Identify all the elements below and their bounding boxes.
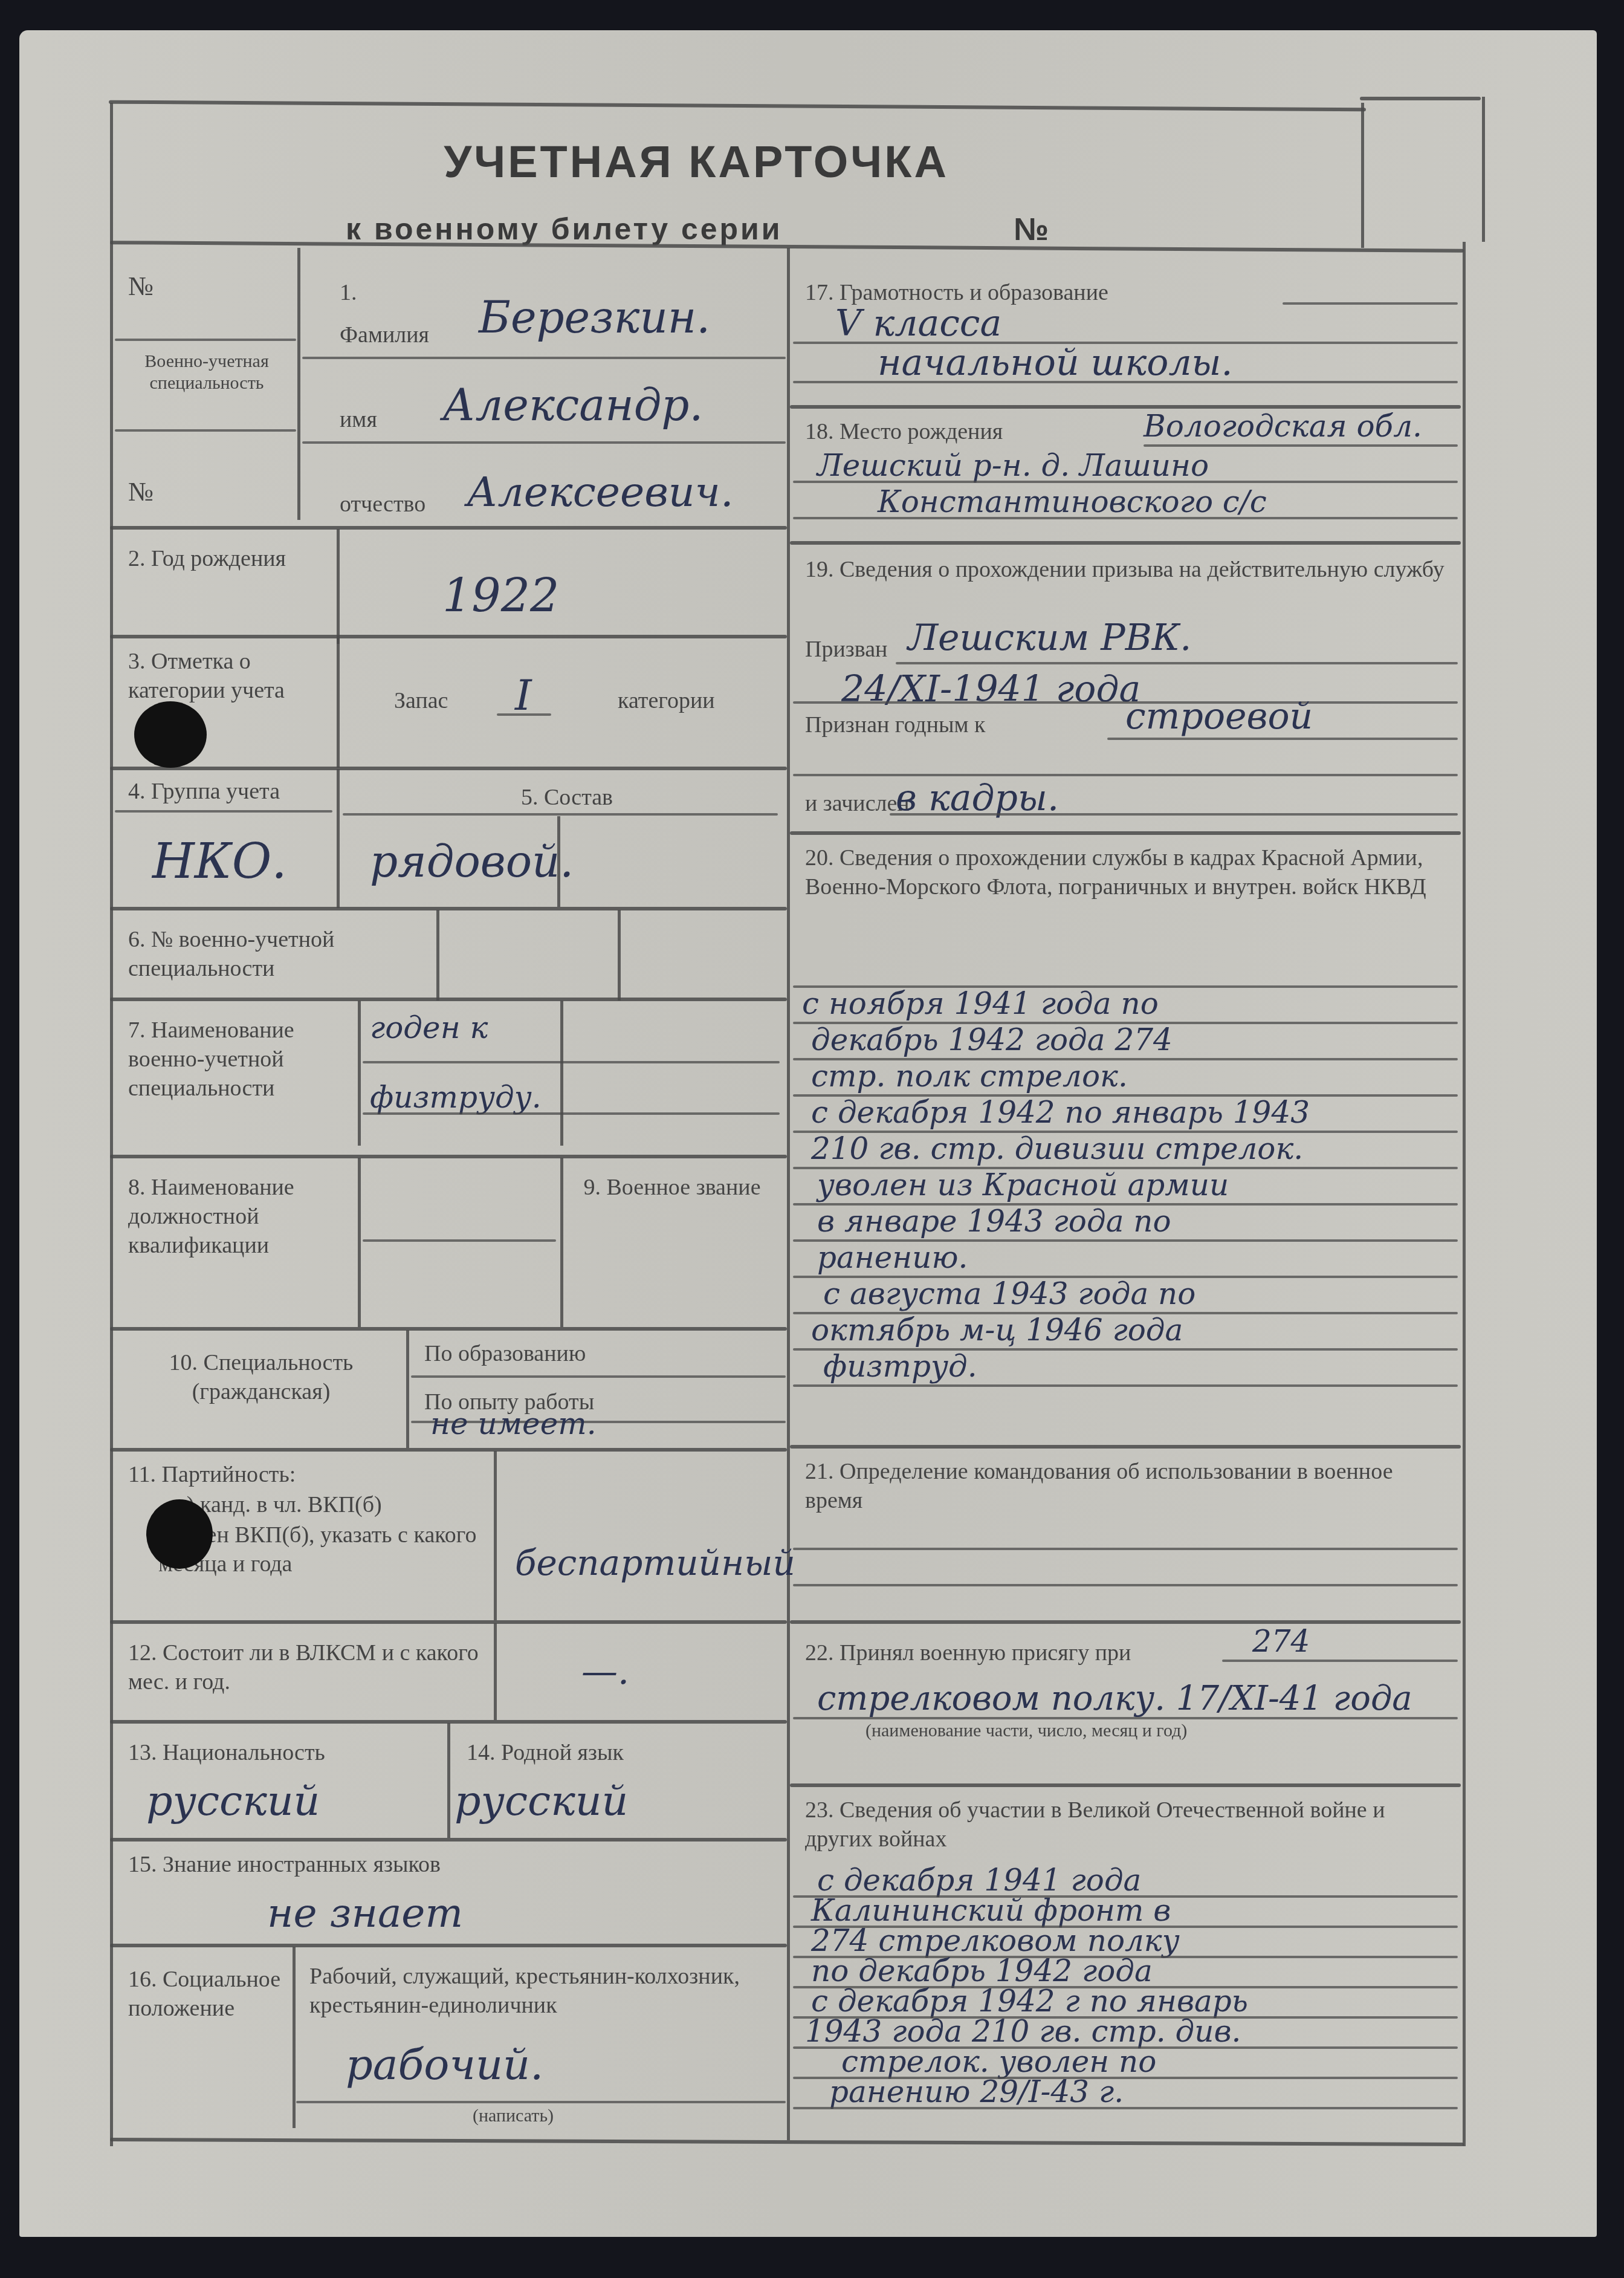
- card-title: УЧЕТНАЯ КАРТОЧКА: [213, 136, 1180, 187]
- divider: [790, 1445, 1461, 1449]
- service-line: 210 гв. стр. дивизии стрелок.: [811, 1131, 1303, 1167]
- divider: [793, 774, 1458, 776]
- divider: [1107, 738, 1458, 740]
- war-line: ранению 29/I-43 г.: [829, 2074, 1124, 2110]
- komsomol-label: 12. Состоит ли в ВЛКСМ и с какого мес. и…: [128, 1638, 491, 1696]
- divider: [790, 831, 1461, 835]
- divider: [793, 2107, 1458, 2109]
- name-value: Александр.: [442, 384, 703, 426]
- surname-label: Фамилия: [340, 320, 429, 349]
- record-card-paper: УЧЕТНАЯ КАРТОЧКА к военному билету серии…: [19, 30, 1597, 2237]
- birthplace-line2: Лешский р-н. д. Лашино: [817, 447, 1209, 484]
- divider: [110, 998, 787, 1001]
- by-experience-value: не имеет.: [430, 1406, 597, 1442]
- divider: [793, 381, 1458, 383]
- divider: [110, 1620, 787, 1624]
- divider: [793, 1717, 1458, 1719]
- divider: [363, 1061, 780, 1063]
- wartime-use-label: 21. Определение командования об использо…: [805, 1457, 1452, 1515]
- divider: [343, 813, 778, 816]
- divider: [110, 1838, 787, 1842]
- literacy-line2: начальной школы.: [878, 342, 1233, 384]
- divider: [115, 810, 332, 813]
- divider: [790, 541, 1461, 545]
- service-line: физтруд.: [823, 1348, 977, 1384]
- category-value: I: [515, 674, 532, 716]
- category-suffix-label: категории: [618, 686, 715, 715]
- oath-value: стрелковом полку. 17/XI-41 года: [817, 1678, 1412, 1720]
- divider: [406, 1330, 409, 1448]
- patronymic-label: отчество: [340, 490, 425, 519]
- foreign-languages-value: не знает: [267, 1892, 463, 1935]
- position-qual-label: 8. Наименование должностной квалификации: [128, 1173, 352, 1260]
- divider: [1283, 302, 1458, 305]
- group-value: НКО.: [152, 840, 287, 883]
- civil-spec-label: 10. Специальность (гражданская): [119, 1348, 403, 1406]
- divider: [302, 357, 786, 359]
- divider: [793, 481, 1458, 483]
- divider: [363, 1112, 780, 1115]
- fit-value: строевой: [1125, 695, 1313, 738]
- group-label: 4. Группа учета: [128, 777, 280, 806]
- service-info-label: 20. Сведения о прохождении службы в кадр…: [805, 843, 1452, 901]
- name-label: имя: [340, 405, 377, 434]
- divider: [115, 429, 296, 432]
- service-line: стр. полк стрелок.: [811, 1058, 1128, 1094]
- divider: [494, 1623, 497, 1720]
- divider: [560, 1158, 563, 1327]
- birthplace-label: 18. Место рождения: [805, 417, 1003, 446]
- divider: [793, 1384, 1458, 1387]
- divider: [115, 339, 296, 341]
- divider: [293, 1947, 296, 2128]
- divider: [110, 1944, 787, 1947]
- surname-value: Березкин.: [479, 296, 710, 339]
- divider: [110, 1155, 787, 1158]
- divider: [793, 517, 1458, 519]
- divider: [411, 1375, 786, 1378]
- divider: [793, 1584, 1458, 1586]
- left-subcol-divider: [297, 248, 300, 520]
- divider: [302, 441, 786, 444]
- drafted-value: Лешским РВК.: [908, 617, 1191, 659]
- divider: [110, 1448, 787, 1452]
- punch-hole-bottom: [146, 1499, 213, 1569]
- foreign-languages-label: 15. Знание иностранных языков: [128, 1850, 441, 1879]
- oath-regiment-number: 274: [1252, 1623, 1310, 1660]
- nationality-value: русский: [146, 1780, 320, 1823]
- divider: [896, 662, 1458, 664]
- card-subtitle: к военному билету серии: [346, 212, 783, 247]
- by-education-label: По образованию: [424, 1339, 586, 1368]
- draft-info-label: 19. Сведения о прохождении призыва на де…: [805, 555, 1452, 584]
- divider: [110, 907, 787, 910]
- composition-label: 5. Состав: [521, 783, 613, 812]
- number-top-label: №: [128, 272, 154, 301]
- divider: [618, 910, 621, 1001]
- reserve-label: Запас: [394, 686, 448, 715]
- divider: [110, 526, 787, 530]
- social-status-hint: (написать): [473, 2105, 554, 2127]
- literacy-line1: V класса: [835, 302, 1001, 345]
- divider: [358, 1158, 361, 1327]
- ticket-number-label: №: [1014, 212, 1049, 248]
- punch-hole-top: [134, 701, 207, 768]
- divider: [337, 638, 340, 768]
- divider: [494, 1451, 497, 1620]
- birthplace-line1: Вологодская обл.: [1144, 408, 1422, 444]
- social-status-value: рабочий.: [346, 2043, 543, 2086]
- social-status-label: 16. Социальное положение: [128, 1965, 285, 2023]
- composition-value: рядовой.: [370, 840, 574, 883]
- service-line: октябрь м-ц 1946 года: [811, 1312, 1183, 1348]
- oath-label: 22. Принял военную присягу при: [805, 1638, 1131, 1667]
- mil-spec-name-value-line2: физтруду.: [370, 1079, 542, 1115]
- divider: [790, 1620, 1461, 1624]
- mil-spec-name-label: 7. Наименование военно-учетной специальн…: [128, 1016, 352, 1103]
- party-value: беспартийный: [515, 1542, 795, 1584]
- divider: [436, 910, 439, 1001]
- mil-spec-label: Военно-учетная специальность: [122, 351, 291, 394]
- number-bottom-label: №: [128, 478, 154, 507]
- frame-top-line: [109, 100, 1366, 112]
- divider: [790, 1783, 1461, 1787]
- service-line: с августа 1943 года по: [823, 1276, 1195, 1312]
- mil-rank-label: 9. Военное звание: [569, 1173, 775, 1202]
- center-divider: [787, 248, 790, 2140]
- drafted-date: 24/XI-1941 года: [841, 668, 1140, 710]
- divider: [1144, 444, 1458, 447]
- stamp-box-top: [1360, 97, 1481, 100]
- native-language-value: русский: [455, 1780, 628, 1823]
- patronymic-value: Алексеевич.: [467, 472, 734, 514]
- party-label: 11. Партийность:: [128, 1460, 296, 1489]
- divider: [497, 713, 551, 716]
- divider: [110, 635, 787, 638]
- divider: [363, 1239, 556, 1242]
- nationality-label: 13. Национальность: [128, 1738, 325, 1767]
- category-label: 3. Отметка о категории учета: [128, 647, 328, 705]
- divider: [447, 1723, 450, 1838]
- divider: [110, 767, 787, 770]
- birth-year-value: 1922: [442, 574, 559, 617]
- stamp-box-right: [1482, 97, 1485, 242]
- frame-right-line: [1463, 242, 1466, 2146]
- mil-spec-number-label: 6. № военно-учетной специальности: [128, 925, 430, 983]
- divider: [560, 1001, 563, 1146]
- divider: [793, 1548, 1458, 1550]
- service-line: ранению.: [817, 1239, 968, 1276]
- divider: [358, 1001, 361, 1146]
- service-line: с ноября 1941 года по: [802, 985, 1159, 1022]
- divider: [110, 1327, 787, 1331]
- birth-year-label: 2. Год рождения: [128, 544, 328, 573]
- service-line: с декабря 1942 по январь 1943: [811, 1094, 1310, 1131]
- service-line: декабрь 1942 года 274: [811, 1022, 1173, 1058]
- birthplace-line3: Константиновского с/с: [878, 484, 1267, 520]
- fit-label: Признан годным к: [805, 710, 986, 739]
- divider: [296, 2101, 786, 2103]
- mil-spec-name-value-line1: годен к: [370, 1010, 488, 1046]
- divider: [890, 813, 1458, 816]
- drafted-label: Призван: [805, 635, 887, 664]
- service-line: уволен из Красной армии: [817, 1167, 1229, 1203]
- divider: [1222, 1660, 1458, 1662]
- komsomol-value: —.: [581, 1650, 629, 1693]
- divider: [337, 529, 340, 644]
- service-line: в январе 1943 года по: [817, 1203, 1171, 1239]
- divider: [337, 769, 340, 908]
- social-status-options: Рабочий, служащий, крестьянин-колхозник,…: [309, 1962, 775, 2020]
- field1-number: 1.: [340, 278, 357, 307]
- native-language-label: 14. Родной язык: [467, 1738, 624, 1767]
- war-participation-label: 23. Сведения об участии в Великой Отечес…: [805, 1796, 1452, 1854]
- header-divider: [1361, 103, 1364, 248]
- oath-hint: (наименование части, число, месяц и год): [865, 1720, 1187, 1742]
